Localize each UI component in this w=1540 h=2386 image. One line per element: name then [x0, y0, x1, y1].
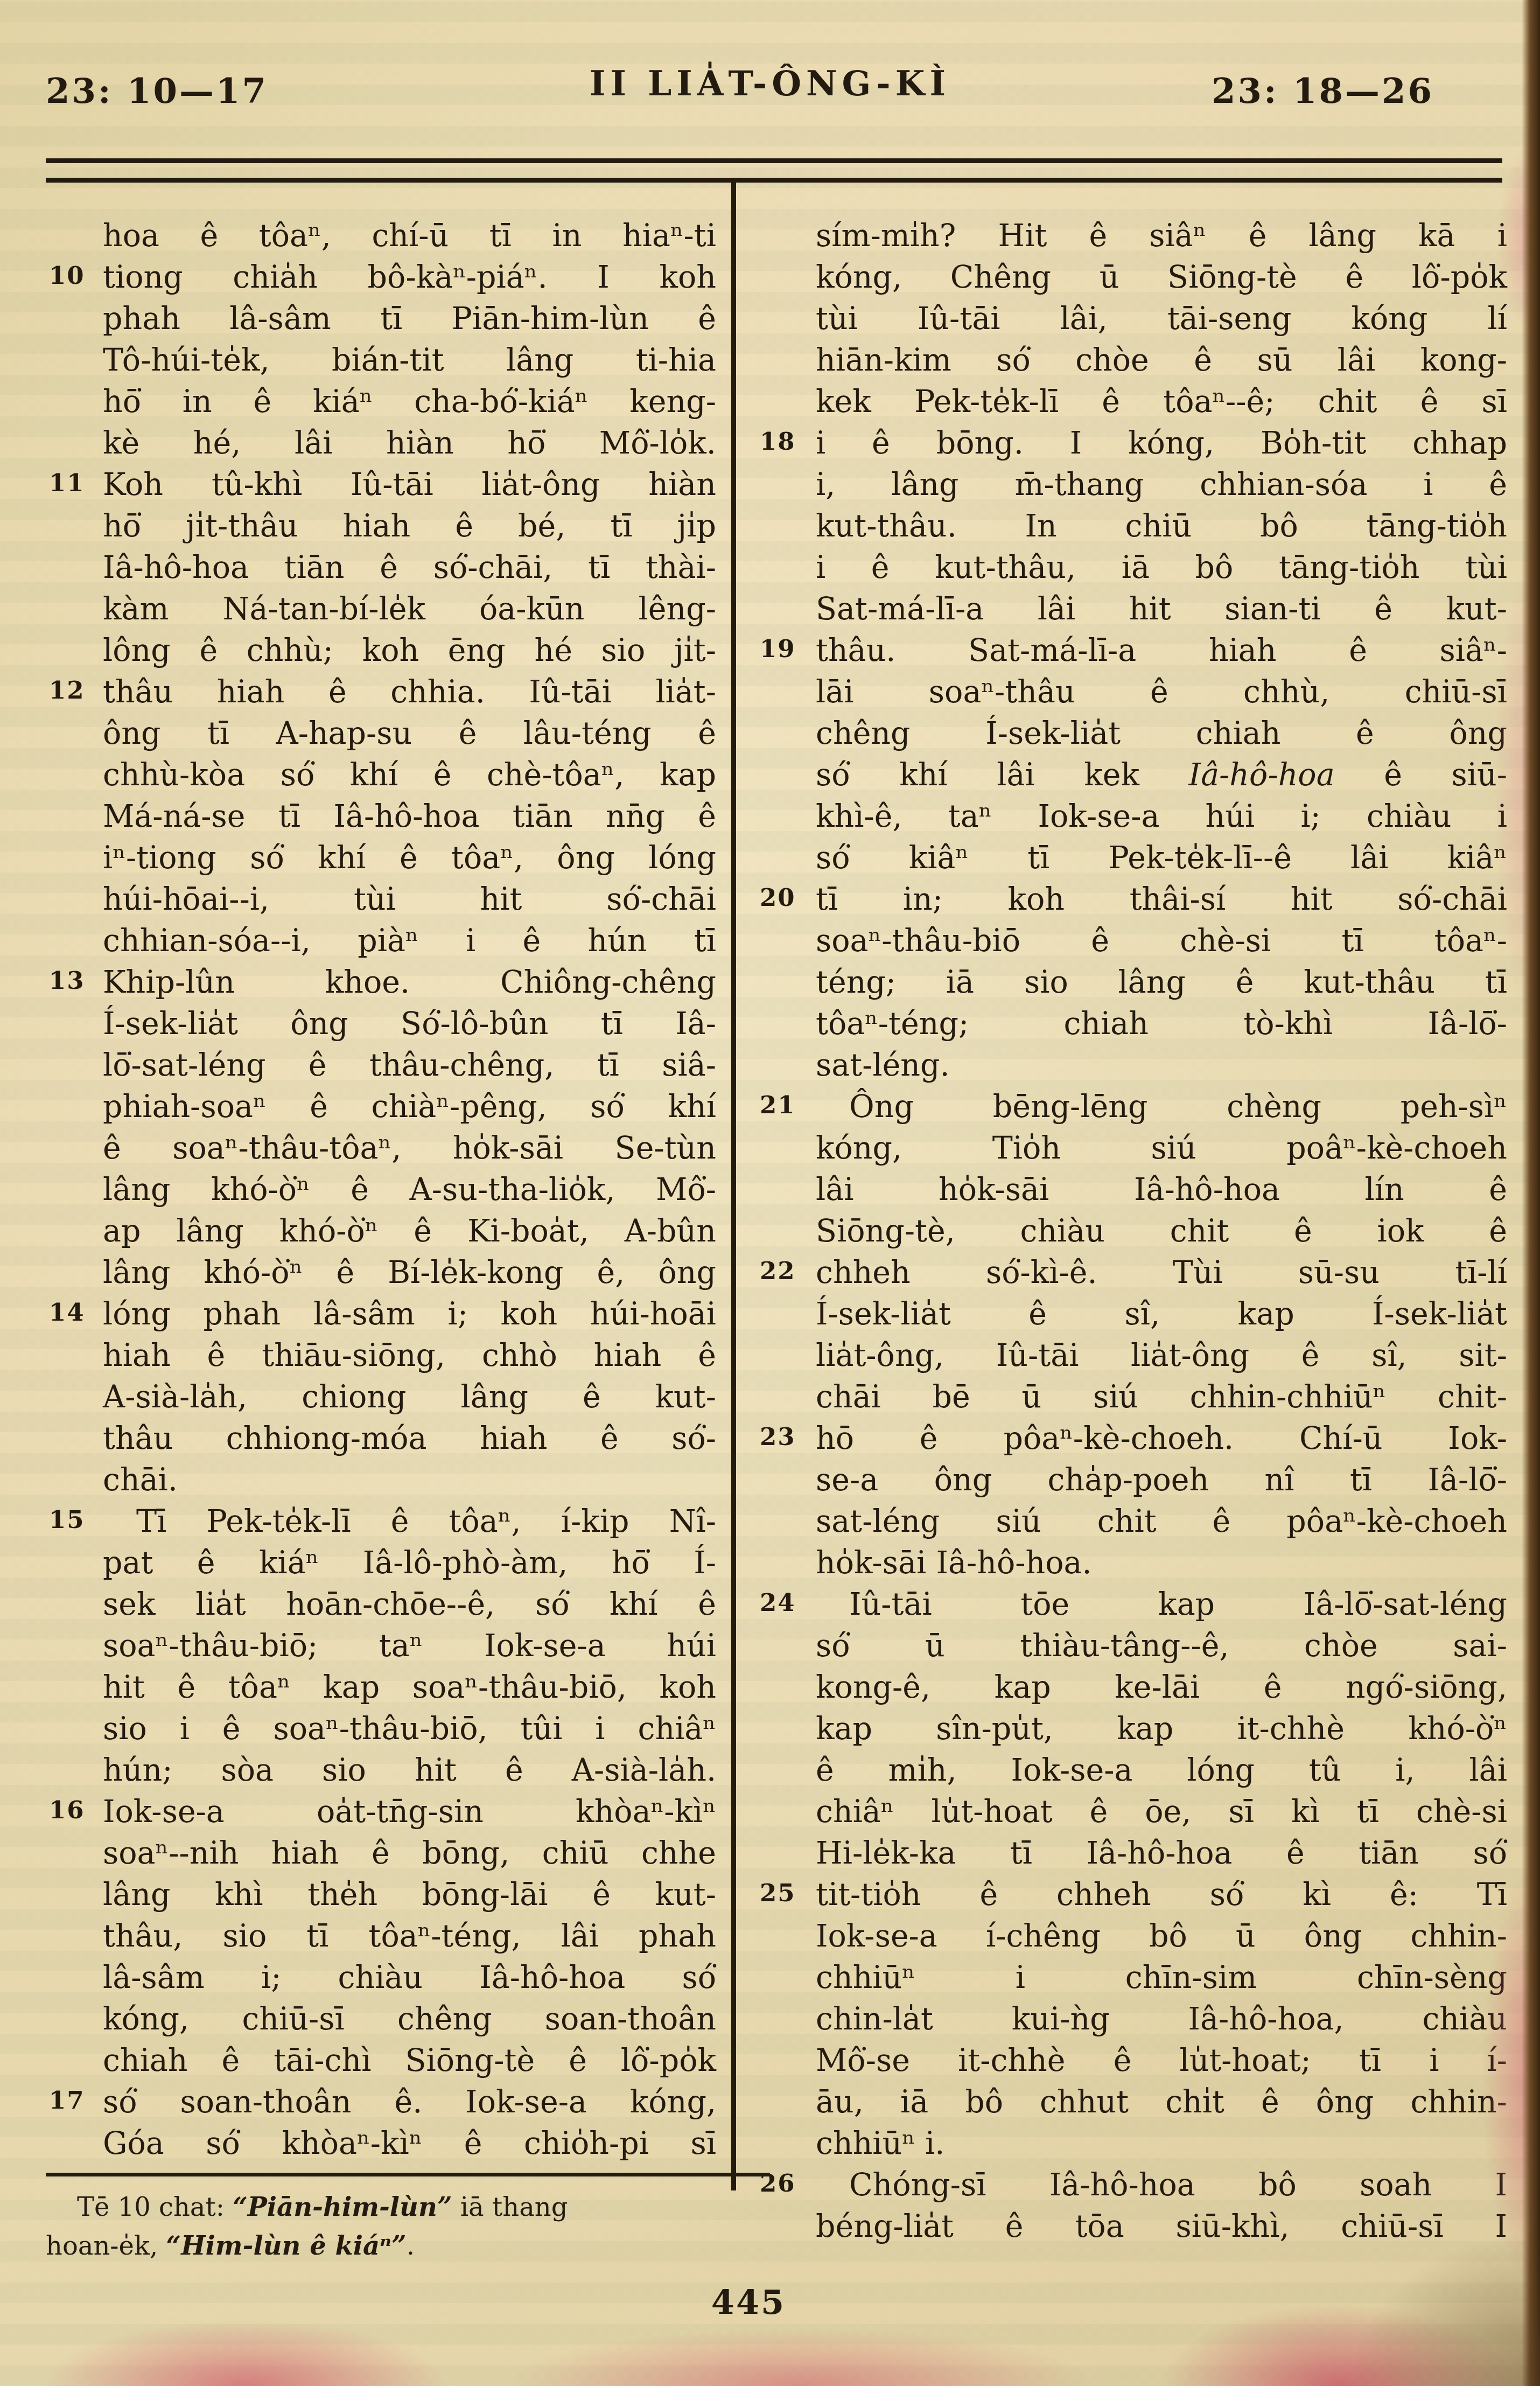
- verse-text: Iok-se-a oa̍t-tn̄g-sin khòaⁿ-kìⁿ: [103, 1791, 716, 1833]
- verse-line: Sat-má-lī-a lâi hit sian-ti ê kut-: [757, 589, 1510, 630]
- verse-text: Í-sek-lia̍t ông Só͘-lô-bûn tī Iâ-: [103, 1003, 716, 1045]
- verse-line: kóng, chiū-sī chêng soan-thoân: [46, 1999, 716, 2040]
- verse-line: i, lâng m̄-thang chhian-sóa i ê: [757, 464, 1510, 506]
- verse-line: húi-hōai--i, tùi hit só͘-chāi: [46, 879, 716, 920]
- verse-line: ê soaⁿ-thâu-tôaⁿ, ho̍k-sāi Se-tùn: [46, 1128, 716, 1169]
- verse-line: kut-thâu. In chiū bô tāng-tio̍h: [757, 506, 1510, 547]
- verse-line: soaⁿ-thâu-biō ê chè-si tī tôaⁿ-: [757, 920, 1510, 962]
- verse-line: hiān-kim só͘ chòe ê sū lâi kong-: [757, 340, 1510, 381]
- verse-text: khì-ê, taⁿ Iok-se-a húi i; chiàu i: [816, 796, 1507, 838]
- verse-number: 10: [49, 255, 85, 296]
- verse-text: hit ê tôaⁿ kap soaⁿ-thâu-biō, koh: [103, 1667, 716, 1708]
- verse-line: kóng, Tio̍h siú poâⁿ-kè-choeh: [757, 1128, 1510, 1169]
- verse-line: 21Ông bēng-lēng chèng peh-sìⁿ: [757, 1086, 1510, 1128]
- verse-line: Hi-le̍k-ka tī Iâ-hô-hoa ê tiān só͘: [757, 1833, 1510, 1874]
- verse-line: 15Tī Pek-te̍k-lī ê tôaⁿ, í-kip Nî-: [46, 1501, 716, 1543]
- verse-line: chhiūⁿ i.: [757, 2123, 1510, 2165]
- verse-text: Sat-má-lī-a lâi hit sian-ti ê kut-: [816, 589, 1507, 630]
- verse-text: iⁿ-tiong só͘ khí ê tôaⁿ, ông lóng: [103, 838, 716, 879]
- verse-text: lông ê chhù; koh ēng hé sio ji̍t-: [103, 630, 716, 672]
- verse-text: Tī Pek-te̍k-lī ê tôaⁿ, í-kip Nî-: [103, 1501, 716, 1543]
- verse-text: Í-sek-lia̍t ê sî, kap Í-sek-lia̍t: [816, 1294, 1507, 1335]
- verse-line: A-sià-la̍h, chiong lâng ê kut-: [46, 1377, 716, 1418]
- book-edge: [1522, 0, 1540, 2386]
- verse-text: lâng khó-ò͘ⁿ ê Bí-le̍k-kong ê, ông: [103, 1252, 716, 1294]
- left-column: hoa ê tôaⁿ, chí-ū tī in hiaⁿ-ti10tiong c…: [46, 215, 716, 2165]
- verse-text: thâu chhiong-móa hiah ê só͘-: [103, 1418, 716, 1460]
- verse-number: 25: [760, 1872, 796, 1914]
- verse-text: tùi Iû-tāi lâi, tāi-seng kóng lí: [816, 298, 1507, 340]
- verse-line: Iok-se-a í-chêng bô ū ông chhin-: [757, 1916, 1510, 1957]
- verse-line: sek lia̍t hoān-chōe--ê, só͘ khí ê: [46, 1584, 716, 1625]
- verse-line: hoa ê tôaⁿ, chí-ū tī in hiaⁿ-ti: [46, 215, 716, 257]
- verse-text: chhù-kòa só͘ khí ê chè-tôaⁿ, kap: [103, 755, 716, 796]
- verse-line: chin-la̍t kui-ǹg Iâ-hô-hoa, chiàu: [757, 1999, 1510, 2040]
- verse-line: sio i ê soaⁿ-thâu-biō, tûi i chiâⁿ: [46, 1708, 716, 1750]
- verse-text: thâu hiah ê chhia. Iû-tāi lia̍t-: [103, 672, 716, 713]
- verse-line: Góa só͘ khòaⁿ-kìⁿ ê chio̍h-pi sī: [46, 2123, 716, 2165]
- verse-text: kap sîn-pu̍t, kap it-chhè khó-ò͘ⁿ: [816, 1708, 1507, 1750]
- verse-line: ap lâng khó-ò͘ⁿ ê Ki-boa̍t, A-bûn: [46, 1211, 716, 1252]
- verse-number: 18: [760, 421, 796, 462]
- verse-text: chiah ê tāi-chì Siōng-tè ê lô͘-po̍k: [103, 2040, 716, 2082]
- verse-line: tùi Iû-tāi lâi, tāi-seng kóng lí: [757, 298, 1510, 340]
- verse-text: i ê bōng. I kóng, Bo̍h-tit chhap: [816, 423, 1507, 464]
- verse-line: Í-sek-lia̍t ê sî, kap Í-sek-lia̍t: [757, 1294, 1510, 1335]
- verse-text: só͘ khí lâi kek Iâ-hô-hoa ê siū-: [816, 755, 1507, 796]
- verse-line: Má-ná-se tī Iâ-hô-hoa tiān nn̄g ê: [46, 796, 716, 838]
- verse-text: kóng, chiū-sī chêng soan-thoân: [103, 1999, 716, 2040]
- verse-line: 22chheh só͘-kì-ê. Tùi sū-su tī-lí: [757, 1252, 1510, 1294]
- verse-line: téng; iā sio lâng ê kut-thâu tī: [757, 962, 1510, 1003]
- verse-line: 26Chóng-sī Iâ-hô-hoa bô soah I: [757, 2165, 1510, 2206]
- verse-line: hō͘ in ê kiáⁿ cha-bó͘-kiáⁿ keng-: [46, 381, 716, 423]
- verse-text: chhian-sóa--i, piàⁿ i ê hún tī: [103, 920, 716, 962]
- verse-text: ê mi̍h, Iok-se-a lóng tû i, lâi: [816, 1750, 1507, 1791]
- verse-text: chin-la̍t kui-ǹg Iâ-hô-hoa, chiàu: [816, 1999, 1507, 2040]
- verse-text: sek lia̍t hoān-chōe--ê, só͘ khí ê: [103, 1584, 716, 1625]
- verse-line: 13Khip-lûn khoe. Chiông-chêng: [46, 962, 716, 1003]
- verse-text: soaⁿ-thâu-biō ê chè-si tī tôaⁿ-: [816, 920, 1507, 962]
- verse-text: Koh tû-khì Iû-tāi lia̍t-ông hiàn: [103, 464, 716, 506]
- verse-line: soaⁿ--nih hiah ê bōng, chiū chhe: [46, 1833, 716, 1874]
- verse-text: chāi.: [103, 1460, 716, 1501]
- verse-line: khì-ê, taⁿ Iok-se-a húi i; chiàu i: [757, 796, 1510, 838]
- verse-text: ê soaⁿ-thâu-tôaⁿ, ho̍k-sāi Se-tùn: [103, 1128, 716, 1169]
- verse-text: Iû-tāi tōe kap Iâ-lō͘-sat-léng: [816, 1584, 1507, 1625]
- verse-line: 19thâu. Sat-má-lī-a hiah ê siâⁿ-: [757, 630, 1510, 672]
- verse-line: 25tit-tio̍h ê chheh só͘ kì ê: Tī: [757, 1874, 1510, 1916]
- verse-line: 12thâu hiah ê chhia. Iû-tāi lia̍t-: [46, 672, 716, 713]
- verse-text: chāi bē ū siú chhin-chhiūⁿ chit-: [816, 1377, 1507, 1418]
- verse-number: 20: [760, 877, 796, 918]
- verse-text: soaⁿ--nih hiah ê bōng, chiū chhe: [103, 1833, 716, 1874]
- verse-line: lō͘-sat-léng ê thâu-chêng, tī siâ-: [46, 1045, 716, 1086]
- verse-text: lō͘-sat-léng ê thâu-chêng, tī siâ-: [103, 1045, 716, 1086]
- verse-line: chāi.: [46, 1460, 716, 1501]
- verse-text: Góa só͘ khòaⁿ-kìⁿ ê chio̍h-pi sī: [103, 2123, 716, 2165]
- verse-line: se-a ông cha̍p-poeh nî tī Iâ-lō͘-: [757, 1460, 1510, 1501]
- verse-line: lâng khó-ò͘ⁿ ê Bí-le̍k-kong ê, ông: [46, 1252, 716, 1294]
- verse-text: sím-mi̍h? Hit ê siâⁿ ê lâng kā i: [816, 215, 1507, 257]
- verse-line: lâng khì the̍h bōng-lāi ê kut-: [46, 1874, 716, 1916]
- verse-text: chhiūⁿ i.: [816, 2123, 1507, 2165]
- verse-text: Hi-le̍k-ka tī Iâ-hô-hoa ê tiān só͘: [816, 1833, 1507, 1874]
- verse-text: pat ê kiáⁿ Iâ-lô-phò-àm, hō͘ Í-: [103, 1543, 716, 1584]
- verse-line: lâi ho̍k-sāi Iâ-hô-hoa lín ê: [757, 1169, 1510, 1211]
- verse-text: hoa ê tôaⁿ, chí-ū tī in hiaⁿ-ti: [103, 215, 716, 257]
- verse-text: Siōng-tè, chiàu chit ê iok ê: [816, 1211, 1507, 1252]
- verse-line: phiah-soaⁿ ê chiàⁿ-pêng, só͘ khí: [46, 1086, 716, 1128]
- verse-text: ap lâng khó-ò͘ⁿ ê Ki-boa̍t, A-bûn: [103, 1211, 716, 1252]
- verse-number: 17: [49, 2080, 85, 2121]
- verse-text: soaⁿ-thâu-biō; taⁿ Iok-se-a húi: [103, 1625, 716, 1667]
- verse-text: tôaⁿ-téng; chiah tò-khì Iâ-lō͘-: [816, 1003, 1507, 1045]
- verse-text: sat-léng siú chit ê pôaⁿ-kè-choeh: [816, 1501, 1507, 1543]
- verse-line: lāi soaⁿ-thâu ê chhù, chiū-sī: [757, 672, 1510, 713]
- verse-line: Iâ-hô-hoa tiān ê só͘-chāi, tī thài-: [46, 547, 716, 589]
- verse-number: 19: [760, 628, 796, 669]
- verse-text: kàm Ná-tan-bí-le̍k óa-kūn lêng-: [103, 589, 716, 630]
- verse-line: sím-mi̍h? Hit ê siâⁿ ê lâng kā i: [757, 215, 1510, 257]
- verse-number: 21: [760, 1084, 796, 1126]
- verse-line: kong-ê, kap ke-lāi ê ngó͘-siōng,: [757, 1667, 1510, 1708]
- verse-text: téng; iā sio lâng ê kut-thâu tī: [816, 962, 1507, 1003]
- verse-line: hit ê tôaⁿ kap soaⁿ-thâu-biō, koh: [46, 1667, 716, 1708]
- verse-line: chhian-sóa--i, piàⁿ i ê hún tī: [46, 920, 716, 962]
- verse-line: 14lóng phah lâ-sâm i; koh húi-hoāi: [46, 1294, 716, 1335]
- footnote-line: Tē 10 chat: “Piān-him-lùn” iā thang: [46, 2188, 770, 2227]
- verse-line: chêng Í-sek-lia̍t chiah ê ông: [757, 713, 1510, 755]
- verse-line: sat-léng siú chit ê pôaⁿ-kè-choeh: [757, 1501, 1510, 1543]
- page-header: 23: 10—17 II LIA̍T-ÔNG-KÌ 23: 18—26: [0, 64, 1540, 123]
- page-number: 445: [0, 2283, 1497, 2322]
- verse-line: lâ-sâm i; chiàu Iâ-hô-hoa só͘: [46, 1957, 716, 1999]
- verse-text: sat-léng.: [816, 1045, 1507, 1086]
- verse-line: ho̍k-sāi Iâ-hô-hoa.: [757, 1543, 1510, 1584]
- verse-text: thâu, sio tī tôaⁿ-téng, lâi phah: [103, 1916, 716, 1957]
- verse-text: lāi soaⁿ-thâu ê chhù, chiū-sī: [816, 672, 1507, 713]
- verse-line: i ê kut-thâu, iā bô tāng-tio̍h tùi: [757, 547, 1510, 589]
- verse-line: lâng khó-ò͘ⁿ ê A-su-tha-lio̍k, Mô͘-: [46, 1169, 716, 1211]
- verse-text: Má-ná-se tī Iâ-hô-hoa tiān nn̄g ê: [103, 796, 716, 838]
- verse-line: thâu chhiong-móa hiah ê só͘-: [46, 1418, 716, 1460]
- verse-text: Iok-se-a í-chêng bô ū ông chhin-: [816, 1916, 1507, 1957]
- verse-text: ông tī A-hap-su ê lâu-téng ê: [103, 713, 716, 755]
- verse-text: hō͘ ji̍t-thâu hiah ê bé, tī ji̍p: [103, 506, 716, 547]
- verse-text: tī in; koh thâi-sí hit só͘-chāi: [816, 879, 1507, 920]
- verse-text: hiah ê thiāu-siōng, chhò hiah ê: [103, 1335, 716, 1377]
- verse-number: 11: [49, 462, 85, 504]
- verse-line: kek Pek-te̍k-lī ê tôaⁿ--ê; chit ê sī: [757, 381, 1510, 423]
- verse-line: chhiūⁿ i chīn-sim chīn-sèng: [757, 1957, 1510, 1999]
- footnote-line: hoan-e̍k, “Him-lùn ê kiáⁿ”.: [46, 2227, 770, 2265]
- verse-line: 17só͘ soan-thoân ê. Iok-se-a kóng,: [46, 2082, 716, 2123]
- verse-text: tiong chia̍h bô-kàⁿ-piáⁿ. I koh: [103, 257, 716, 298]
- verse-line: chhù-kòa só͘ khí ê chè-tôaⁿ, kap: [46, 755, 716, 796]
- verse-text: kut-thâu. In chiū bô tāng-tio̍h: [816, 506, 1507, 547]
- verse-text: hún; sòa sio hit ê A-sià-la̍h.: [103, 1750, 716, 1791]
- verse-text: lia̍t-ông, Iû-tāi lia̍t-ông ê sî, sit-: [816, 1335, 1507, 1377]
- verse-line: ông tī A-hap-su ê lâu-téng ê: [46, 713, 716, 755]
- verse-text: Khip-lûn khoe. Chiông-chêng: [103, 962, 716, 1003]
- verse-line: Tô-húi-te̍k, bián-tit lâng ti-hia: [46, 340, 716, 381]
- verse-text: Iâ-hô-hoa tiān ê só͘-chāi, tī thài-: [103, 547, 716, 589]
- verse-text: kong-ê, kap ke-lāi ê ngó͘-siōng,: [816, 1667, 1507, 1708]
- verse-line: só͘ khí lâi kek Iâ-hô-hoa ê siū-: [757, 755, 1510, 796]
- verse-text: lâ-sâm i; chiàu Iâ-hô-hoa só͘: [103, 1957, 716, 1999]
- verse-number: 23: [760, 1416, 796, 1457]
- verse-text: āu, iā bô chhut chi̍t ê ông chhin-: [816, 2082, 1507, 2123]
- verse-line: 11Koh tû-khì Iû-tāi lia̍t-ông hiàn: [46, 464, 716, 506]
- verse-text: lâng khó-ò͘ⁿ ê A-su-tha-lio̍k, Mô͘-: [103, 1169, 716, 1211]
- verse-line: 23hō ê pôaⁿ-kè-choeh. Chí-ū Iok-: [757, 1418, 1510, 1460]
- verse-text: chhiūⁿ i chīn-sim chīn-sèng: [816, 1957, 1507, 1999]
- verse-text: béng-lia̍t ê tōa siū-khì, chiū-sī I: [816, 2206, 1507, 2248]
- verse-line: Mô͘-se it-chhè ê lu̍t-hoat; tī i í-: [757, 2040, 1510, 2082]
- verse-text: i, lâng m̄-thang chhian-sóa i ê: [816, 464, 1507, 506]
- verse-line: Í-sek-lia̍t ông Só͘-lô-bûn tī Iâ-: [46, 1003, 716, 1045]
- column-divider: [731, 179, 736, 2190]
- verse-line: chiâⁿ lu̍t-hoat ê ōe, sī kì tī chè-si: [757, 1791, 1510, 1833]
- header-ref-right: 23: 18—26: [1212, 71, 1434, 111]
- verse-text: lâng khì the̍h bōng-lāi ê kut-: [103, 1874, 716, 1916]
- verse-text: lâi ho̍k-sāi Iâ-hô-hoa lín ê: [816, 1169, 1507, 1211]
- verse-line: 20tī in; koh thâi-sí hit só͘-chāi: [757, 879, 1510, 920]
- verse-text: kóng, Chêng ū Siōng-tè ê lô͘-po̍k: [816, 257, 1507, 298]
- verse-line: só͘ ū thiàu-tâng--ê, chòe sai-: [757, 1625, 1510, 1667]
- verse-line: pat ê kiáⁿ Iâ-lô-phò-àm, hō͘ Í-: [46, 1543, 716, 1584]
- verse-text: kóng, Tio̍h siú poâⁿ-kè-choeh: [816, 1128, 1507, 1169]
- verse-number: 12: [49, 669, 85, 711]
- verse-text: lóng phah lâ-sâm i; koh húi-hoāi: [103, 1294, 716, 1335]
- verse-line: 16Iok-se-a oa̍t-tn̄g-sin khòaⁿ-kìⁿ: [46, 1791, 716, 1833]
- verse-line: phah lâ-sâm tī Piān-him-lùn ê: [46, 298, 716, 340]
- verse-line: hō͘ ji̍t-thâu hiah ê bé, tī ji̍p: [46, 506, 716, 547]
- verse-line: kàm Ná-tan-bí-le̍k óa-kūn lêng-: [46, 589, 716, 630]
- verse-text: phah lâ-sâm tī Piān-him-lùn ê: [103, 298, 716, 340]
- verse-line: hiah ê thiāu-siōng, chhò hiah ê: [46, 1335, 716, 1377]
- verse-line: béng-lia̍t ê tōa siū-khì, chiū-sī I: [757, 2206, 1510, 2248]
- verse-number: 22: [760, 1250, 796, 1292]
- verse-text: chiâⁿ lu̍t-hoat ê ōe, sī kì tī chè-si: [816, 1791, 1507, 1833]
- verse-text: sio i ê soaⁿ-thâu-biō, tûi i chiâⁿ: [103, 1708, 716, 1750]
- verse-text: hiān-kim só͘ chòe ê sū lâi kong-: [816, 340, 1507, 381]
- verse-line: āu, iā bô chhut chi̍t ê ông chhin-: [757, 2082, 1510, 2123]
- verse-text: só͘ ū thiàu-tâng--ê, chòe sai-: [816, 1625, 1507, 1667]
- verse-text: hō ê pôaⁿ-kè-choeh. Chí-ū Iok-: [816, 1418, 1507, 1460]
- verse-text: kek Pek-te̍k-lī ê tôaⁿ--ê; chit ê sī: [816, 381, 1507, 423]
- verse-line: Siōng-tè, chiàu chit ê iok ê: [757, 1211, 1510, 1252]
- footnote-rule: [46, 2173, 770, 2176]
- verse-text: ho̍k-sāi Iâ-hô-hoa.: [816, 1543, 1507, 1584]
- verse-number: 24: [760, 1582, 796, 1623]
- verse-line: iⁿ-tiong só͘ khí ê tôaⁿ, ông lóng: [46, 838, 716, 879]
- verse-number: 14: [49, 1292, 85, 1333]
- verse-text: chêng Í-sek-lia̍t chiah ê ông: [816, 713, 1507, 755]
- verse-text: tit-tio̍h ê chheh só͘ kì ê: Tī: [816, 1874, 1507, 1916]
- verse-line: 24Iû-tāi tōe kap Iâ-lō͘-sat-léng: [757, 1584, 1510, 1625]
- verse-text: phiah-soaⁿ ê chiàⁿ-pêng, só͘ khí: [103, 1086, 716, 1128]
- verse-text: Chóng-sī Iâ-hô-hoa bô soah I: [816, 2165, 1507, 2206]
- verse-number: 15: [49, 1499, 85, 1540]
- verse-line: soaⁿ-thâu-biō; taⁿ Iok-se-a húi: [46, 1625, 716, 1667]
- verse-text: hō͘ in ê kiáⁿ cha-bó͘-kiáⁿ keng-: [103, 381, 716, 423]
- verse-text: só͘ kiâⁿ tī Pek-te̍k-lī--ê lâi kiâⁿ: [816, 838, 1507, 879]
- verse-number: 13: [49, 960, 85, 1001]
- header-rule: [46, 158, 1502, 183]
- verse-text: thâu. Sat-má-lī-a hiah ê siâⁿ-: [816, 630, 1507, 672]
- verse-line: 10tiong chia̍h bô-kàⁿ-piáⁿ. I koh: [46, 257, 716, 298]
- verse-text: kè hé, lâi hiàn hō͘ Mô͘-lo̍k.: [103, 423, 716, 464]
- verse-line: ê mi̍h, Iok-se-a lóng tû i, lâi: [757, 1750, 1510, 1791]
- verse-text: Mô͘-se it-chhè ê lu̍t-hoat; tī i í-: [816, 2040, 1507, 2082]
- verse-text: A-sià-la̍h, chiong lâng ê kut-: [103, 1377, 716, 1418]
- verse-line: só͘ kiâⁿ tī Pek-te̍k-lī--ê lâi kiâⁿ: [757, 838, 1510, 879]
- verse-line: lia̍t-ông, Iû-tāi lia̍t-ông ê sî, sit-: [757, 1335, 1510, 1377]
- right-column: sím-mi̍h? Hit ê siâⁿ ê lâng kā ikóng, Ch…: [757, 215, 1510, 2248]
- verse-text: Tô-húi-te̍k, bián-tit lâng ti-hia: [103, 340, 716, 381]
- verse-number: 16: [49, 1789, 85, 1831]
- verse-line: thâu, sio tī tôaⁿ-téng, lâi phah: [46, 1916, 716, 1957]
- verse-line: chiah ê tāi-chì Siōng-tè ê lô͘-po̍k: [46, 2040, 716, 2082]
- verse-line: lông ê chhù; koh ēng hé sio ji̍t-: [46, 630, 716, 672]
- footnote: Tē 10 chat: “Piān-him-lùn” iā thanghoan-…: [46, 2188, 770, 2265]
- verse-text: chheh só͘-kì-ê. Tùi sū-su tī-lí: [816, 1252, 1507, 1294]
- verse-text: i ê kut-thâu, iā bô tāng-tio̍h tùi: [816, 547, 1507, 589]
- verse-text: se-a ông cha̍p-poeh nî tī Iâ-lō͘-: [816, 1460, 1507, 1501]
- verse-line: sat-léng.: [757, 1045, 1510, 1086]
- verse-line: tôaⁿ-téng; chiah tò-khì Iâ-lō͘-: [757, 1003, 1510, 1045]
- verse-text: húi-hōai--i, tùi hit só͘-chāi: [103, 879, 716, 920]
- verse-line: 18i ê bōng. I kóng, Bo̍h-tit chhap: [757, 423, 1510, 464]
- verse-line: kap sîn-pu̍t, kap it-chhè khó-ò͘ⁿ: [757, 1708, 1510, 1750]
- verse-line: kè hé, lâi hiàn hō͘ Mô͘-lo̍k.: [46, 423, 716, 464]
- verse-line: chāi bē ū siú chhin-chhiūⁿ chit-: [757, 1377, 1510, 1418]
- verse-text: só͘ soan-thoân ê. Iok-se-a kóng,: [103, 2082, 716, 2123]
- verse-line: kóng, Chêng ū Siōng-tè ê lô͘-po̍k: [757, 257, 1510, 298]
- book-page: 23: 10—17 II LIA̍T-ÔNG-KÌ 23: 18—26 hoa …: [0, 0, 1540, 2386]
- verse-line: hún; sòa sio hit ê A-sià-la̍h.: [46, 1750, 716, 1791]
- verse-text: Ông bēng-lēng chèng peh-sìⁿ: [816, 1086, 1507, 1128]
